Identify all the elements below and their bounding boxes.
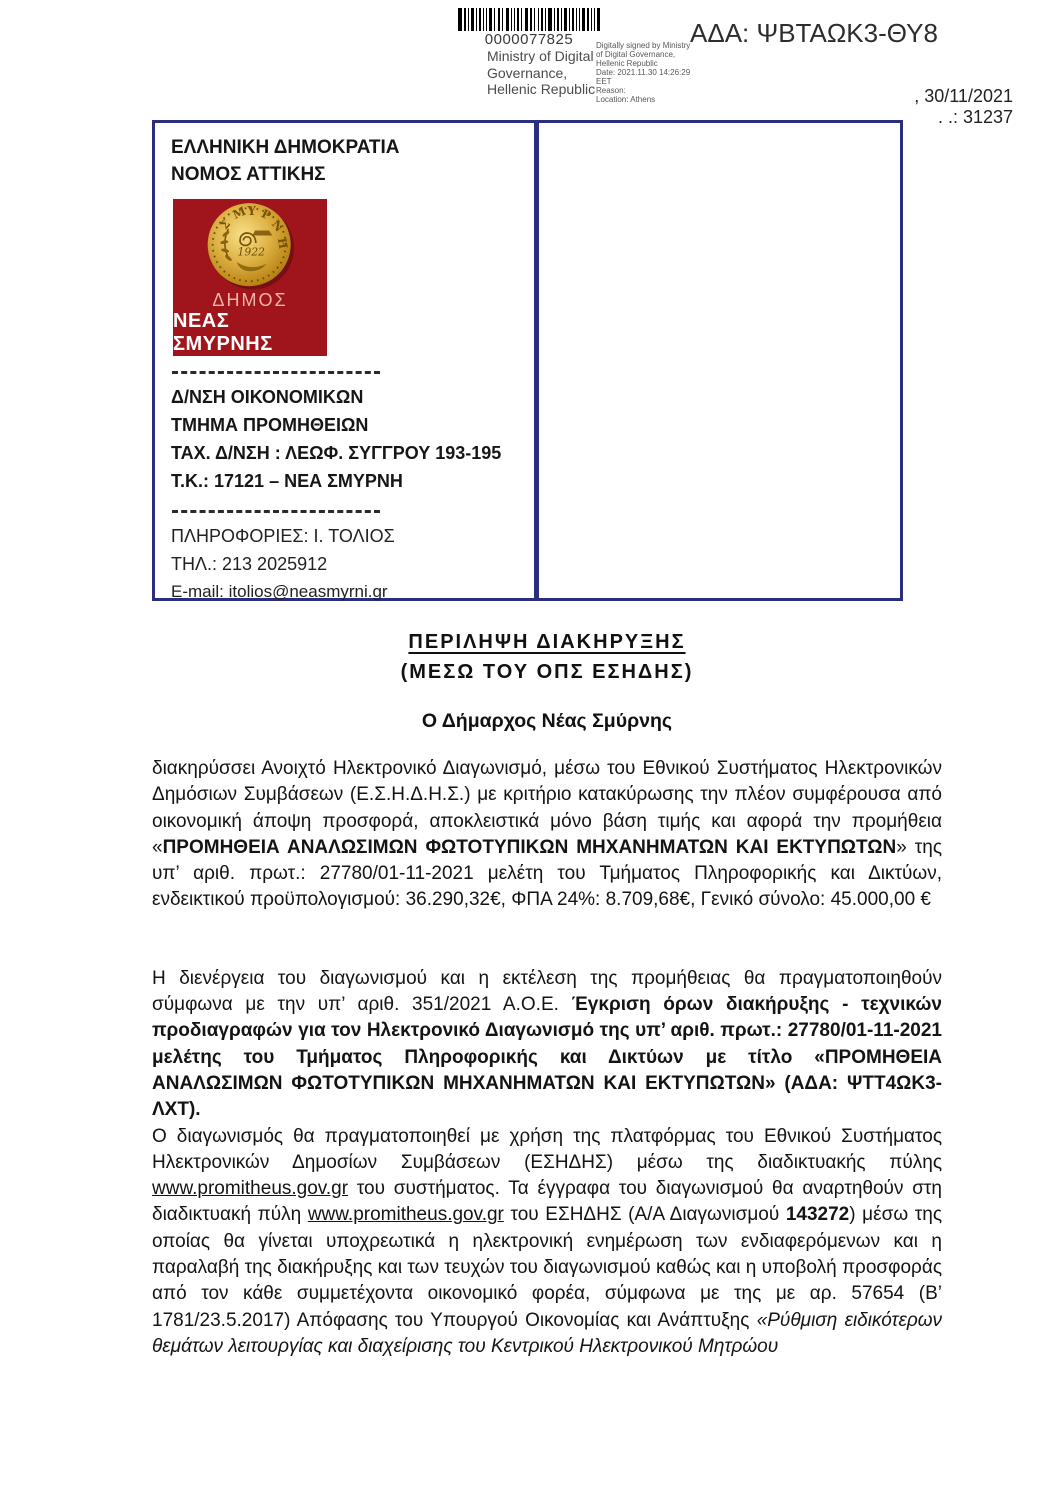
contact-person-line: ΠΛΗΡΟΦΟΡΙΕΣ: Ι. ΤΟΛΙΟΣ [171,522,534,550]
procurement-title-bold: ΠΡΟΜΗΘΕΙΑ ΑΝΑΛΩΣΙΜΩΝ ΦΩΤΟΤΥΠΙΚΩΝ ΜΗΧΑΝΗΜ… [163,837,897,858]
signature-detail-line: Location: Athens [596,95,690,104]
document-page: 0000077825 Ministry of Digital Governanc… [0,0,1047,1492]
dashed-divider [172,510,380,513]
logo-municipality-label: ΝΕΑΣ ΣΜΥΡΝΗΣ [173,310,327,356]
paragraph-text: Ο διαγωνισμός θα πραγματοποιηθεί με χρήσ… [152,1126,942,1173]
dashed-divider [172,371,380,374]
coin-letter: Υ [247,204,257,218]
paragraph-announcement: διακηρύσσει Ανοιχτό Ηλεκτρονικό Διαγωνισ… [152,756,942,914]
signature-detail-line: Hellenic Republic [596,59,690,68]
digital-signature-details: Digitally signed by Ministry of Digital … [596,41,690,104]
promitheus-link: www.promitheus.gov.gr [308,1204,504,1225]
ministry-signer-line: Ministry of Digital [487,48,595,65]
signature-detail-line: Reason: [596,86,690,95]
barcode-number: 0000077825 [452,31,606,48]
ada-number: ΑΔΑ: ΨΒΤΑΩΚ3-ΘΥ8 [690,18,938,49]
municipality-logo: Σ Μ Υ Ρ Ν Η [173,199,327,356]
barcode-icon [458,8,600,31]
summary-title: ΠΕΡΙΛΗΨΗ ΔΙΑΚΗΡΥΞΗΣ [152,631,942,654]
paragraph-platform: Ο διαγωνισμός θα πραγματοποιηθεί με χρήσ… [152,1124,942,1361]
ministry-signer-line: Hellenic Republic [487,81,595,98]
letterhead-box: ΕΛΛΗΝΙΚΗ ΔΗΜΟΚΡΑΤΙΑ ΝΟΜΟΣ ΑΤΤΙΚΗΣ [152,120,537,601]
email-line: E-mail: itolios@neasmyrni.gr [171,578,534,606]
mayor-heading: Ο Δήμαρχος Νέας Σμύρνης [152,710,942,733]
letterhead-row: ΕΛΛΗΝΙΚΗ ΔΗΜΟΚΡΑΤΙΑ ΝΟΜΟΣ ΑΤΤΙΚΗΣ [152,120,903,601]
prefecture-label: ΝΟΜΟΣ ΑΤΤΙΚΗΣ [171,161,534,188]
coin-graphic: Σ Μ Υ Ρ Ν Η [191,199,309,292]
directorate-label: Δ/ΝΣΗ ΟΙΚΟΝΟΜΙΚΩΝ [171,383,534,411]
tender-number-bold: 143272 [786,1204,849,1225]
summary-title-text: ΠΕΡΙΛΗΨΗ ΔΙΑΚΗΡΥΞΗΣ [408,631,685,653]
postal-code-line: Τ.Κ.: 17121 – ΝΕΑ ΣΜΥΡΝΗ [171,467,534,495]
ministry-signer-line: Governance, [487,65,595,82]
promitheus-link: www.promitheus.gov.gr [152,1178,348,1199]
paragraph-text: του ΕΣΗΔΗΣ (Α/Α Διαγωνισμού [504,1204,786,1225]
recipient-box-empty [537,120,903,601]
signature-detail-line: EET [596,77,690,86]
country-label: ΕΛΛΗΝΙΚΗ ΔΗΜΟΚΡΑΤΙΑ [171,134,534,161]
protocol-number: . .: 31237 [938,107,1013,128]
logo-demos-label: ΔΗΜΟΣ [212,290,287,310]
phone-line: ΤΗΛ.: 213 2025912 [171,550,534,578]
department-label: ΤΜΗΜΑ ΠΡΟΜΗΘΕΙΩΝ [171,411,534,439]
document-date: , 30/11/2021 [914,86,1013,107]
summary-subtitle: (ΜΕΣΩ ΤΟΥ ΟΠΣ ΕΣΗΔΗΣ) [152,661,942,684]
document-body: διακηρύσσει Ανοιχτό Ηλεκτρονικό Διαγωνισ… [152,756,942,1360]
paragraph-approval: Η διενέργεια του διαγωνισμού και η εκτέλ… [152,966,942,1124]
ministry-signer-label: Ministry of Digital Governance, Hellenic… [487,48,595,98]
signature-detail-line: Date: 2021.11.30 14:26:29 [596,68,690,77]
signature-detail-line: of Digital Governance, [596,50,690,59]
signature-detail-line: Digitally signed by Ministry [596,41,690,50]
address-line: ΤΑΧ. Δ/ΝΣΗ : ΛΕΩΦ. ΣΥΓΓΡΟΥ 193-195 [171,439,534,467]
coin-year: 1922 [238,245,266,258]
